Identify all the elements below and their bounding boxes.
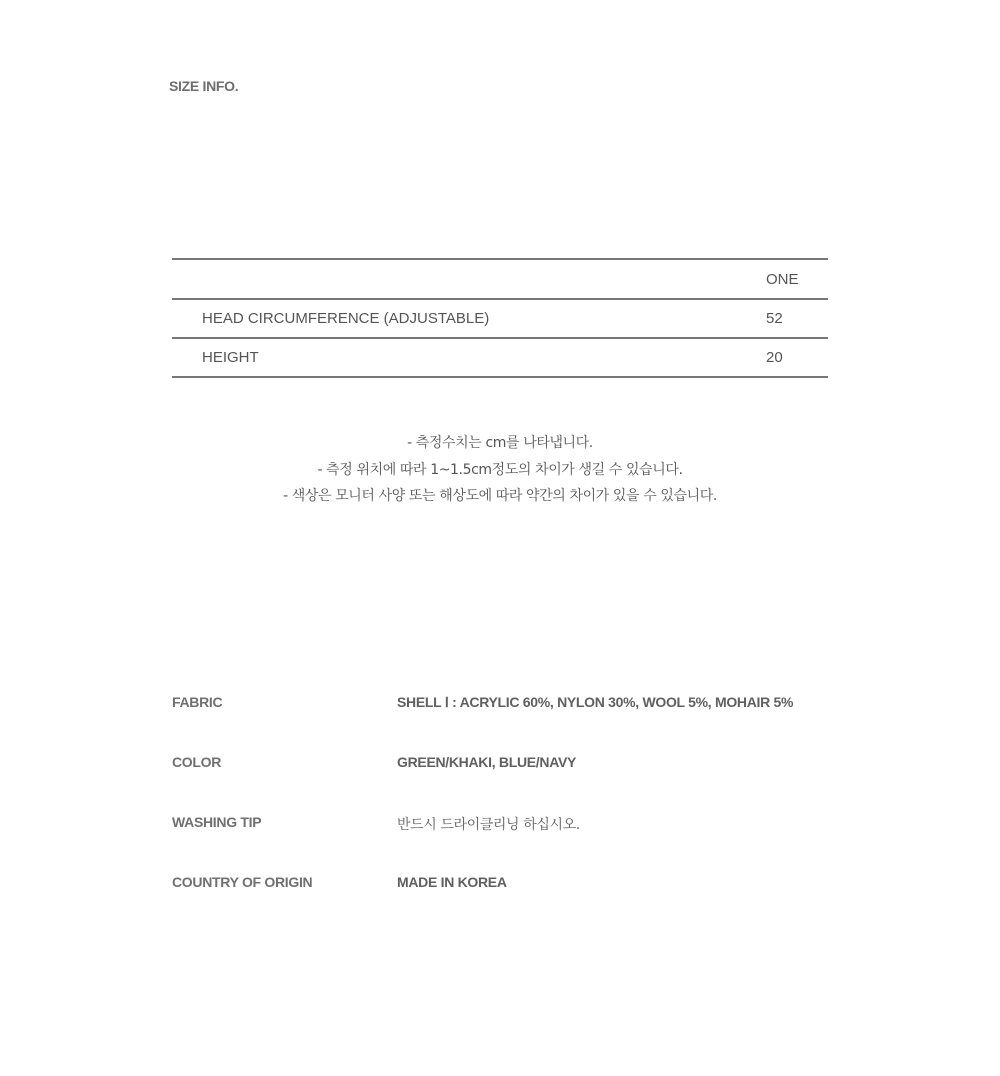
note-line: - 측정수치는 cm를 나타냅니다.	[0, 430, 1000, 457]
info-row-fabric: FABRIC SHELL Ⅰ : ACRYLIC 60%, NYLON 30%,…	[172, 694, 872, 754]
row-value: 52	[766, 299, 828, 338]
header-size-one: ONE	[766, 259, 828, 299]
info-label: FABRIC	[172, 694, 397, 754]
size-info-title: SIZE INFO.	[169, 78, 238, 94]
product-info: FABRIC SHELL Ⅰ : ACRYLIC 60%, NYLON 30%,…	[172, 694, 872, 934]
row-value: 20	[766, 338, 828, 377]
info-row-washing-tip: WASHING TIP 반드시 드라이클리닝 하십시오.	[172, 814, 872, 874]
table-row: HEIGHT 20	[172, 338, 828, 377]
info-row-country-of-origin: COUNTRY OF ORIGIN MADE IN KOREA	[172, 874, 872, 934]
note-line: - 측정 위치에 따라 1~1.5cm정도의 차이가 생길 수 있습니다.	[0, 457, 1000, 484]
size-table-header: ONE	[172, 259, 828, 299]
row-label: HEAD CIRCUMFERENCE (ADJUSTABLE)	[172, 299, 766, 338]
info-value: 반드시 드라이클리닝 하십시오.	[397, 814, 580, 874]
size-table: ONE HEAD CIRCUMFERENCE (ADJUSTABLE) 52 H…	[172, 258, 828, 378]
table-row: HEAD CIRCUMFERENCE (ADJUSTABLE) 52	[172, 299, 828, 338]
info-row-color: COLOR GREEN/KHAKI, BLUE/NAVY	[172, 754, 872, 814]
size-notes: - 측정수치는 cm를 나타냅니다. - 측정 위치에 따라 1~1.5cm정도…	[0, 430, 1000, 510]
info-value: SHELL Ⅰ : ACRYLIC 60%, NYLON 30%, WOOL 5…	[397, 694, 793, 754]
info-label: COLOR	[172, 754, 397, 814]
header-blank	[172, 259, 766, 299]
note-line: - 색상은 모니터 사양 또는 해상도에 따라 약간의 차이가 있을 수 있습니…	[0, 483, 1000, 510]
info-label: COUNTRY OF ORIGIN	[172, 874, 397, 934]
info-label: WASHING TIP	[172, 814, 397, 874]
row-label: HEIGHT	[172, 338, 766, 377]
info-value: MADE IN KOREA	[397, 874, 507, 934]
info-value: GREEN/KHAKI, BLUE/NAVY	[397, 754, 576, 814]
